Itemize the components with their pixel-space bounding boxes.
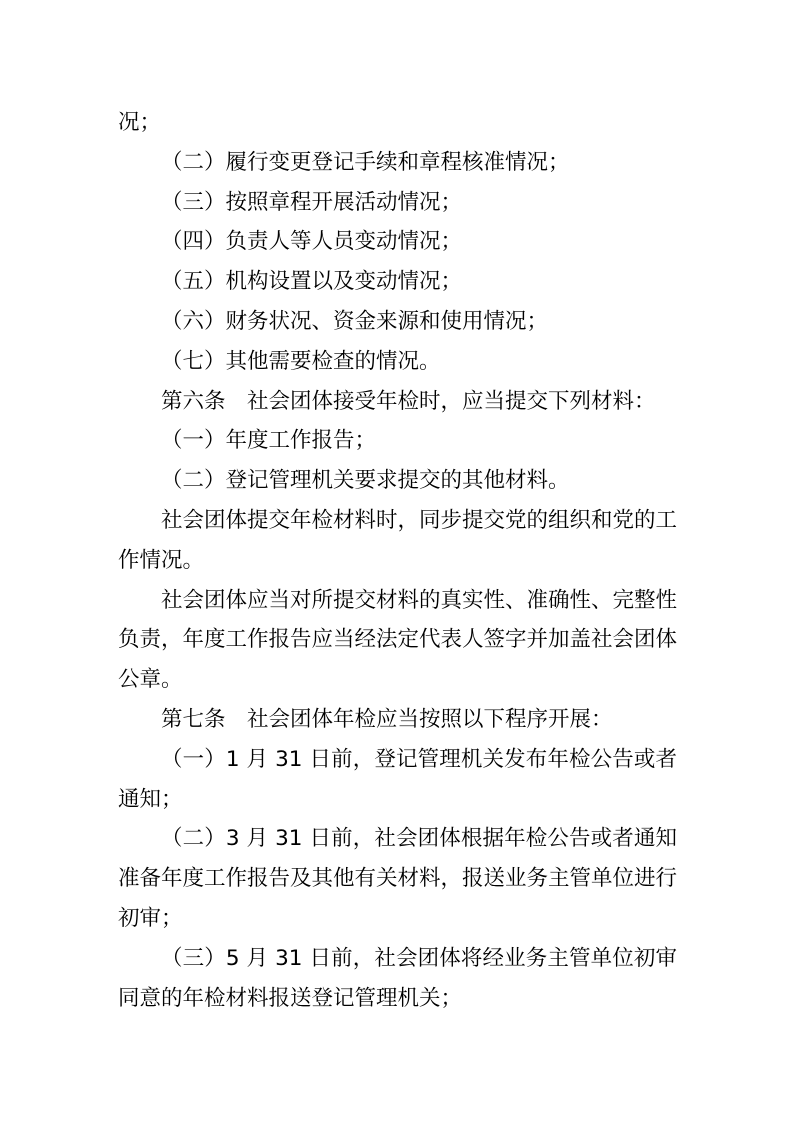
- document-page: 况；（二）履行变更登记手续和章程核准情况；（三）按照章程开展活动情况；（四）负责…: [0, 0, 793, 1122]
- paragraph: 第七条 社会团体年检应当按照以下程序开展：: [118, 700, 677, 740]
- paragraph: （二）3 月 31 日前，社会团体根据年检公告或者通知准备年度工作报告及其他有关…: [118, 819, 677, 938]
- paragraph: （七）其他需要检查的情况。: [118, 342, 677, 382]
- paragraph: （一）年度工作报告；: [118, 421, 677, 461]
- paragraph: （二）履行变更登记手续和章程核准情况；: [118, 143, 677, 183]
- paragraph: （二）登记管理机关要求提交的其他材料。: [118, 461, 677, 501]
- paragraph: 社会团体应当对所提交材料的真实性、准确性、完整性负责，年度工作报告应当经法定代表…: [118, 581, 677, 700]
- paragraph: （六）财务状况、资金来源和使用情况；: [118, 302, 677, 342]
- paragraph: （三）5 月 31 日前，社会团体将经业务主管单位初审同意的年检材料报送登记管理…: [118, 939, 677, 1019]
- paragraph: 社会团体提交年检材料时，同步提交党的组织和党的工作情况。: [118, 501, 677, 581]
- paragraph: 第六条 社会团体接受年检时，应当提交下列材料：: [118, 382, 677, 422]
- document-body: 况；（二）履行变更登记手续和章程核准情况；（三）按照章程开展活动情况；（四）负责…: [118, 103, 677, 1018]
- paragraph: （四）负责人等人员变动情况；: [118, 222, 677, 262]
- paragraph: （一）1 月 31 日前，登记管理机关发布年检公告或者通知；: [118, 740, 677, 820]
- paragraph: （三）按照章程开展活动情况；: [118, 183, 677, 223]
- paragraph: （五）机构设置以及变动情况；: [118, 262, 677, 302]
- paragraph: 况；: [118, 103, 677, 143]
